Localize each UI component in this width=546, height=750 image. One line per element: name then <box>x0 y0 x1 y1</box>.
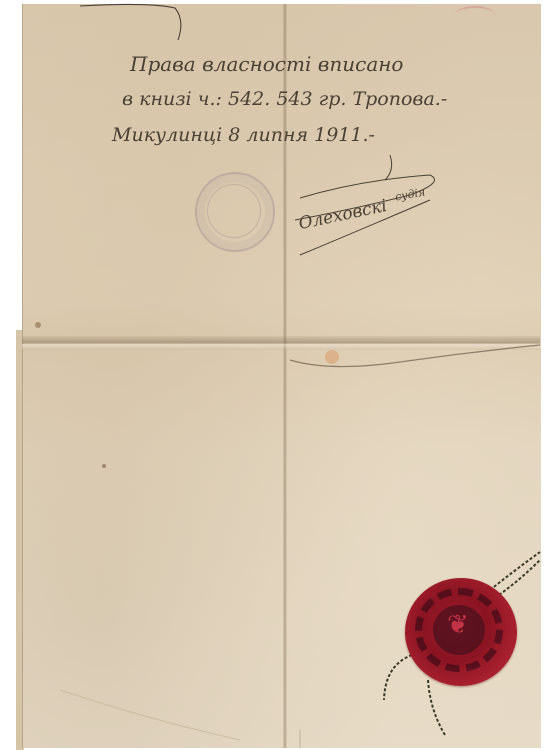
handwritten-line-1: Права власності вписано <box>130 52 403 76</box>
double-headed-eagle-icon: ❦ <box>447 612 469 638</box>
faint-ink-stamp <box>195 172 275 252</box>
handwritten-line-2: в книзі ч.: 542. 543 гр. Тропова.- <box>122 88 447 110</box>
handwritten-line-3: Микулинці 8 липня 1911.- <box>112 124 375 146</box>
faint-red-stamp <box>455 6 495 24</box>
wax-seal: ❦ <box>405 578 517 686</box>
